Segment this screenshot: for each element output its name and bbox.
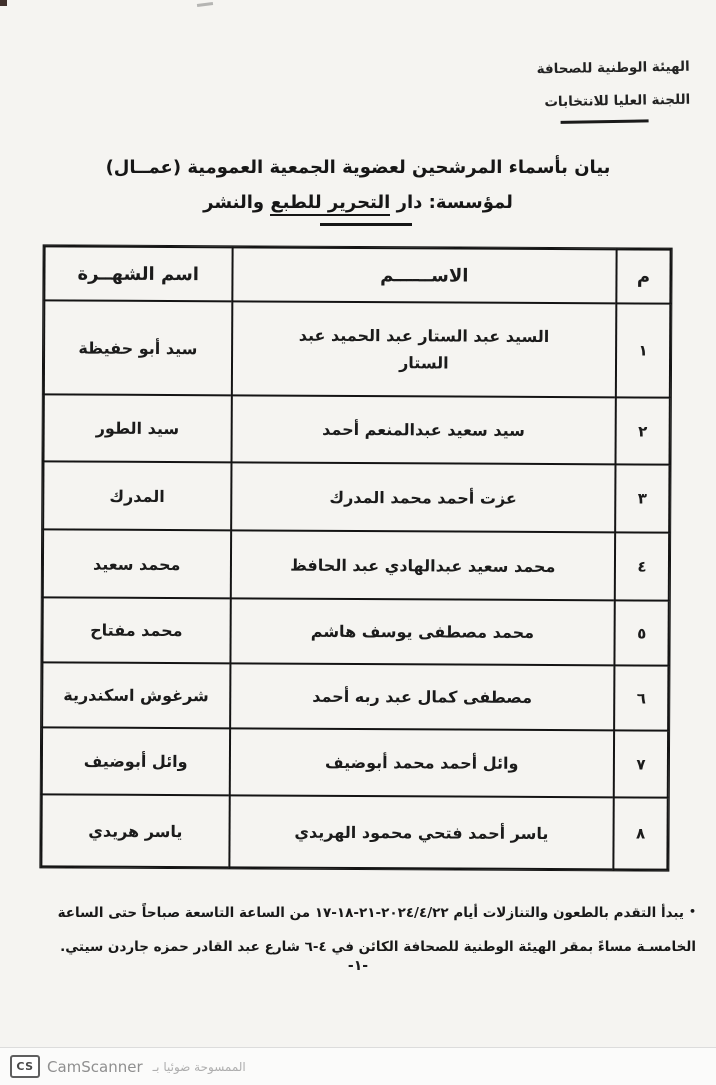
candidate-nickname: سيد أبو حفيظة xyxy=(44,300,232,395)
row-index: ٢ xyxy=(616,397,670,464)
candidate-nickname: ياسر هريدي xyxy=(41,794,229,867)
title-line-2: لمؤسسة: دار التحرير للطبع والنشر xyxy=(0,185,716,220)
row-index: ٤ xyxy=(615,532,669,600)
row-index: ٥ xyxy=(615,600,669,665)
stamp-line-authority: الهيئة الوطنية للصحافة xyxy=(536,51,690,87)
table-row: ٧ وائل أحمد محمد أبوضيف وائل أبوضيف xyxy=(42,727,668,797)
camscanner-caption: الممسوحة ضوئيا بـ xyxy=(153,1060,246,1074)
bullet-icon: • xyxy=(689,905,696,918)
stamp-line-committee: اللجنة العليا للانتخابات xyxy=(537,84,691,120)
row-index: ٣ xyxy=(615,464,669,532)
row-index: ٦ xyxy=(614,665,668,730)
row-index: ٨ xyxy=(614,797,668,869)
document-title: بيان بأسماء المرشحين لعضوية الجمعية العم… xyxy=(0,150,716,226)
candidate-name: محمد مصطفى يوسف هاشم xyxy=(230,598,615,665)
candidate-nickname: محمد مفتاح xyxy=(42,597,230,663)
candidate-name: عزت أحمد محمد المدرك xyxy=(231,462,616,532)
footer-dates: ٢٠٢٤/٤/٢٢-٢١-١٨-١٧ xyxy=(315,905,449,921)
camscanner-cs-icon: CS xyxy=(10,1055,40,1078)
candidate-name: مصطفى كمال عبد ربه أحمد xyxy=(230,663,615,730)
table-row: ٦ مصطفى كمال عبد ربه أحمد شرغوش اسكندرية xyxy=(42,662,668,730)
candidate-nickname: المدرك xyxy=(43,461,231,530)
candidate-name-text: السيد عبد الستار عبد الحميد عبد الستار xyxy=(274,322,574,378)
candidate-name: ياسر أحمد فتحي محمود الهريدي xyxy=(229,795,614,869)
scan-smudge xyxy=(197,2,213,7)
candidate-name: السيد عبد الستار عبد الحميد عبد الستار xyxy=(231,301,616,397)
table-row: ٨ ياسر أحمد فتحي محمود الهريدي ياسر هريد… xyxy=(41,794,667,869)
candidate-nickname: شرغوش اسكندرية xyxy=(42,662,230,728)
camscanner-brand: CamScanner xyxy=(47,1058,143,1076)
candidates-table-wrapper: م الاســــــم اسم الشهــرة ١ السيد عبد ا… xyxy=(40,245,671,870)
header-index: م xyxy=(616,249,670,303)
footer-note: •يبدأ التقدم بالطعون والتنازلات أيام ٢٠٢… xyxy=(20,895,696,964)
footer-text-part2: من الساعة التاسعة صباحاً حتى الساعة xyxy=(58,905,315,921)
footer-text-part1: يبدأ التقدم بالطعون والتنازلات أيام xyxy=(449,905,684,921)
candidate-nickname: سيد الطور xyxy=(44,394,232,462)
title-institution-name: التحرير للطبع xyxy=(270,192,390,216)
page-number: -١- xyxy=(0,958,716,974)
row-index: ٧ xyxy=(614,730,668,797)
scanned-document-page: الهيئة الوطنية للصحافة اللجنة العليا للا… xyxy=(0,0,716,1085)
header-stamp: الهيئة الوطنية للصحافة اللجنة العليا للا… xyxy=(536,51,690,125)
table-row: ٥ محمد مصطفى يوسف هاشم محمد مفتاح xyxy=(42,597,668,665)
table-row: ٣ عزت أحمد محمد المدرك المدرك xyxy=(43,461,669,532)
stamp-underline xyxy=(561,119,649,124)
title-institution-suffix: والنشر xyxy=(203,192,270,213)
title-institution-prefix: لمؤسسة: دار xyxy=(390,192,513,213)
header-name: الاســــــم xyxy=(232,247,617,303)
table-row: ١ السيد عبد الستار عبد الحميد عبد الستار… xyxy=(44,300,670,397)
row-index: ١ xyxy=(616,303,670,397)
scan-smudge xyxy=(0,0,7,6)
candidate-name: سيد سعيد عبدالمنعم أحمد xyxy=(231,395,616,464)
candidate-name: وائل أحمد محمد أبوضيف xyxy=(229,728,614,797)
camscanner-watermark-bar: CS CamScanner الممسوحة ضوئيا بـ xyxy=(0,1047,716,1085)
table-row: ٢ سيد سعيد عبدالمنعم أحمد سيد الطور xyxy=(44,394,670,464)
cs-letters: CS xyxy=(16,1060,33,1073)
table-row: ٤ محمد سعيد عبدالهادي عبد الحافظ محمد سع… xyxy=(43,529,669,600)
candidate-name: محمد سعيد عبدالهادي عبد الحافظ xyxy=(230,530,615,600)
header-nickname: اسم الشهــرة xyxy=(44,246,232,301)
candidate-nickname: محمد سعيد xyxy=(43,529,231,598)
table-header-row: م الاســــــم اسم الشهــرة xyxy=(44,246,670,303)
candidates-table: م الاســــــم اسم الشهــرة ١ السيد عبد ا… xyxy=(40,245,671,870)
footer-note-line-1: •يبدأ التقدم بالطعون والتنازلات أيام ٢٠٢… xyxy=(20,895,696,930)
title-underline-rule xyxy=(320,223,412,226)
candidate-nickname: وائل أبوضيف xyxy=(42,727,230,795)
title-line-1: بيان بأسماء المرشحين لعضوية الجمعية العم… xyxy=(0,150,716,185)
